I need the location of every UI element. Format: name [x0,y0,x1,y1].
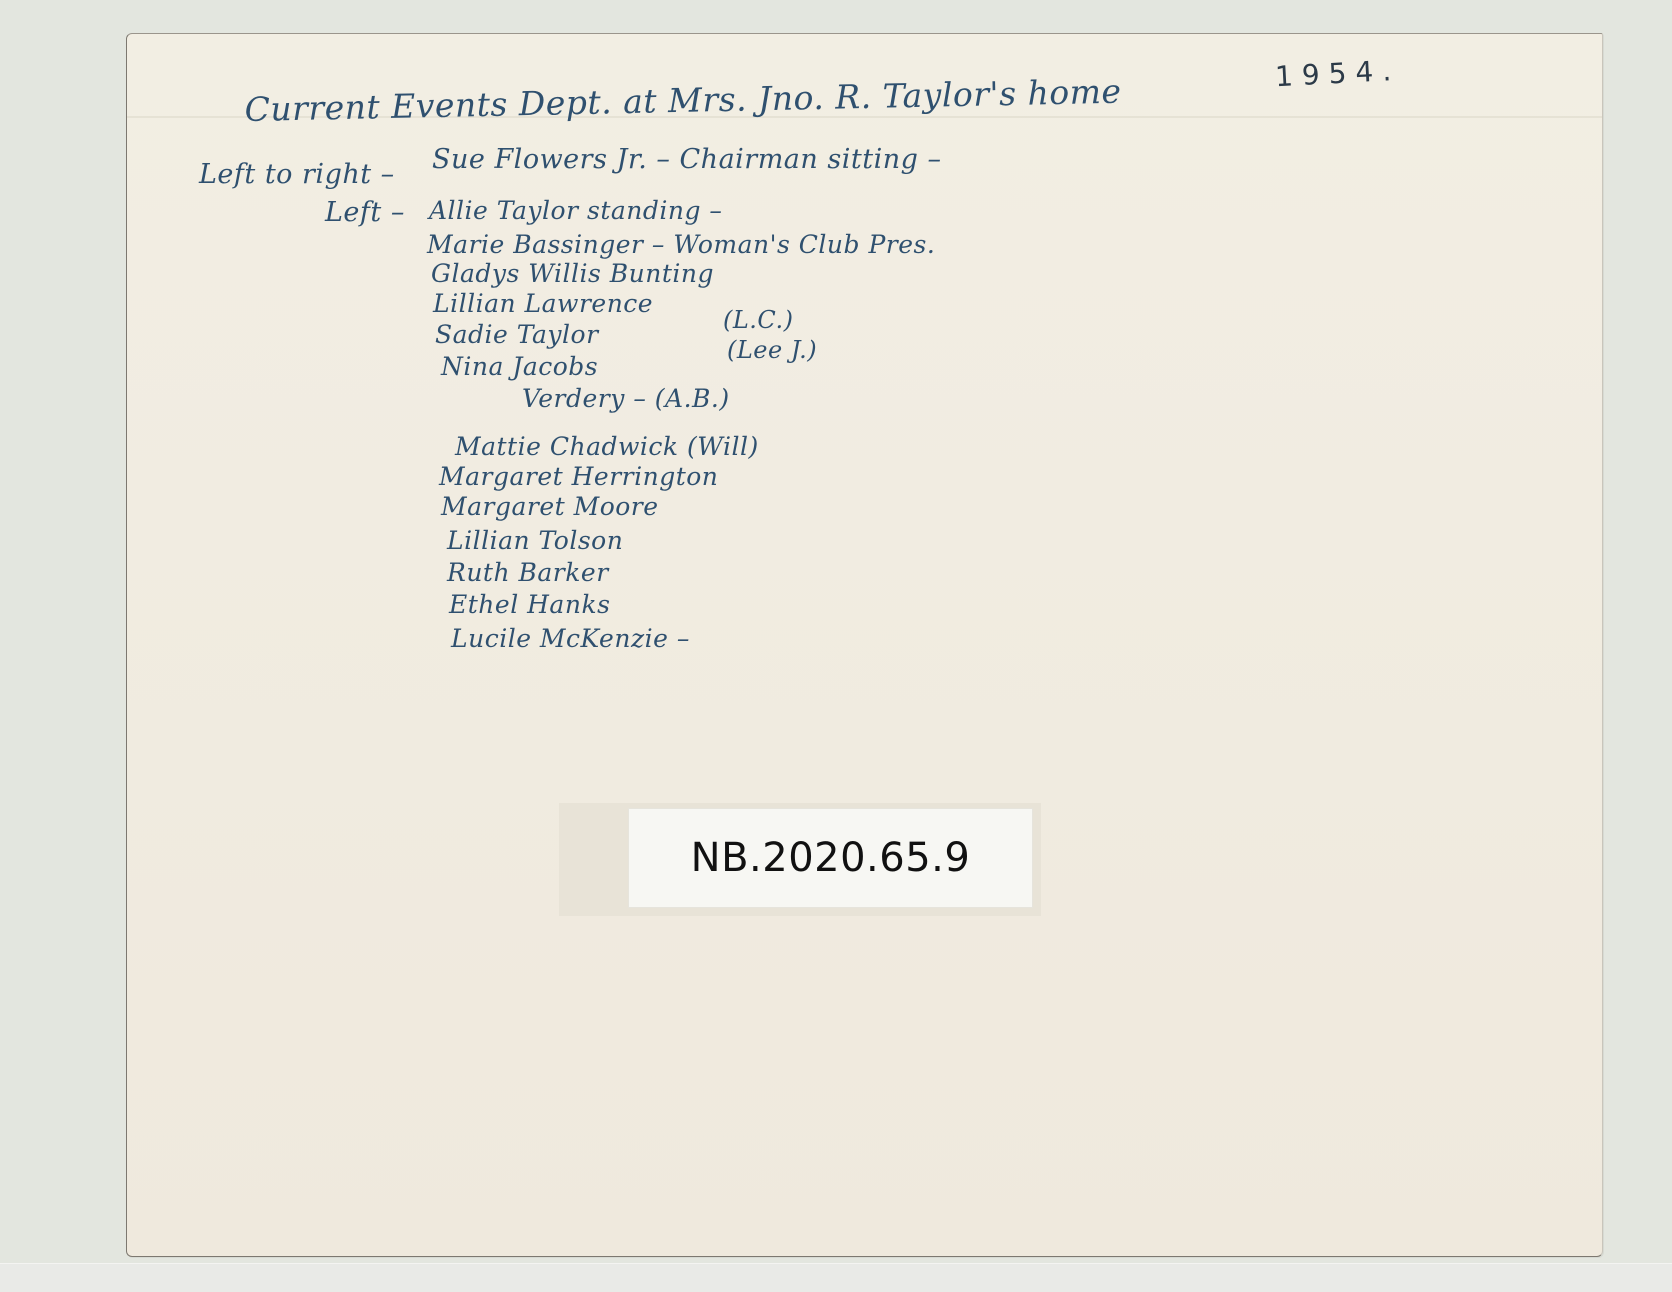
photo-back-paper: Current Events Dept. at Mrs. Jno. R. Tay… [126,33,1603,1257]
left-group-prefix: Left – [325,197,405,228]
name-annotation: (L.C.) [723,306,793,334]
header-title: Current Events Dept. at Mrs. Jno. R. Tay… [244,72,1122,129]
scanner-bottom-edge [0,1263,1672,1292]
name-entry: Ethel Hanks [449,590,610,619]
left-to-right-prefix: Left to right – [199,159,395,190]
header-year: 1954. [1274,54,1401,94]
name-entry: Margaret Herrington [439,462,718,491]
name-annotation: (Lee J.) [727,336,817,364]
name-entry: Gladys Willis Bunting [431,259,714,288]
name-entry: Ruth Barker [447,558,609,587]
accession-number-label: NB.2020.65.9 [628,808,1033,908]
name-entry: Sadie Taylor [435,320,599,349]
name-entry: Lillian Tolson [447,526,623,555]
accession-number: NB.2020.65.9 [691,835,971,881]
name-entry: Mattie Chadwick (Will) [455,432,759,461]
name-entry: Margaret Moore [441,492,659,521]
name-entry: Lucile McKenzie – [451,624,690,653]
name-entry: Verdery – (A.B.) [522,384,730,413]
name-entry: Lillian Lawrence [433,289,653,318]
name-entry: Marie Bassinger – Woman's Club Pres. [427,230,935,259]
name-entry: Nina Jacobs [441,352,598,381]
chairman-entry: Sue Flowers Jr. – Chairman sitting – [432,144,941,175]
name-entry: Allie Taylor standing – [429,196,722,225]
